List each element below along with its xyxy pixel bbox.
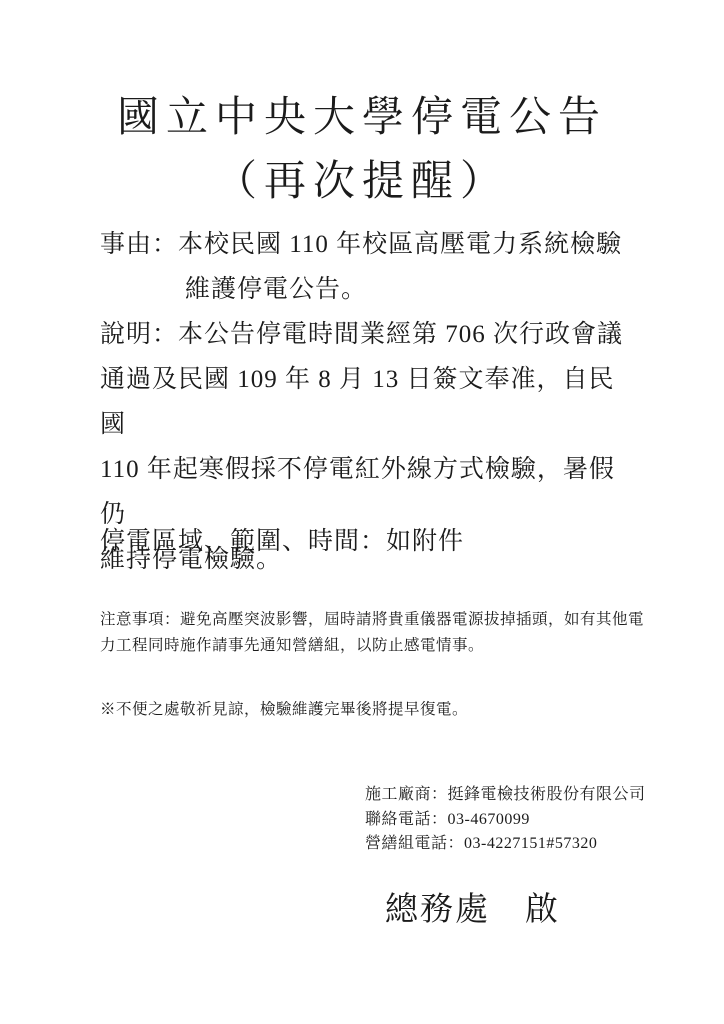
caution-paragraph: 注意事項：避免高壓突波影響，屆時請將貴重儀器電源拔掉插頭，如有其他電 力工程同時…: [100, 607, 648, 659]
subject-line-2: 維護停電公告。: [100, 267, 640, 312]
contractor-info: 施工廠商：挺鋒電檢技術股份有限公司 聯絡電話：03-4670099 營繕組電話：…: [365, 783, 646, 857]
signature-line: 總務處 啟: [385, 888, 560, 932]
subject-paragraph: 事由：本校民國 110 年校區高壓電力系統檢驗 維護停電公告。: [100, 222, 640, 312]
description-line-2: 通過及民國 109 年 8 月 13 日簽文奉准，自民國: [100, 357, 640, 447]
announcement-page: 國立中央大學停電公告 （再次提醒） 事由：本校民國 110 年校區高壓電力系統檢…: [0, 0, 724, 1024]
apology-line: ※不便之處敬祈見諒，檢驗維護完畢後將提早復電。: [100, 697, 648, 723]
description-line-1: 說明：本公告停電時間業經第 706 次行政會議: [100, 312, 640, 357]
caution-line-2: 力工程同時施作請事先通知營繕組，以防止感電情事。: [100, 633, 648, 659]
title-line-1: 國立中央大學停電公告: [0, 86, 724, 150]
caution-line-1: 注意事項：避免高壓突波影響，屆時請將貴重儀器電源拔掉插頭，如有其他電: [100, 607, 648, 633]
document-title: 國立中央大學停電公告 （再次提醒）: [0, 86, 724, 214]
title-line-2: （再次提醒）: [0, 150, 724, 214]
office-phone-line: 營繕組電話：03-4227151#57320: [365, 832, 646, 857]
subject-line-1: 事由：本校民國 110 年校區高壓電力系統檢驗: [100, 222, 640, 267]
outage-scope-line: 停電區域、範圍、時間：如附件: [100, 524, 464, 560]
contact-phone-line: 聯絡電話：03-4670099: [365, 808, 646, 833]
contractor-name-line: 施工廠商：挺鋒電檢技術股份有限公司: [365, 783, 646, 808]
